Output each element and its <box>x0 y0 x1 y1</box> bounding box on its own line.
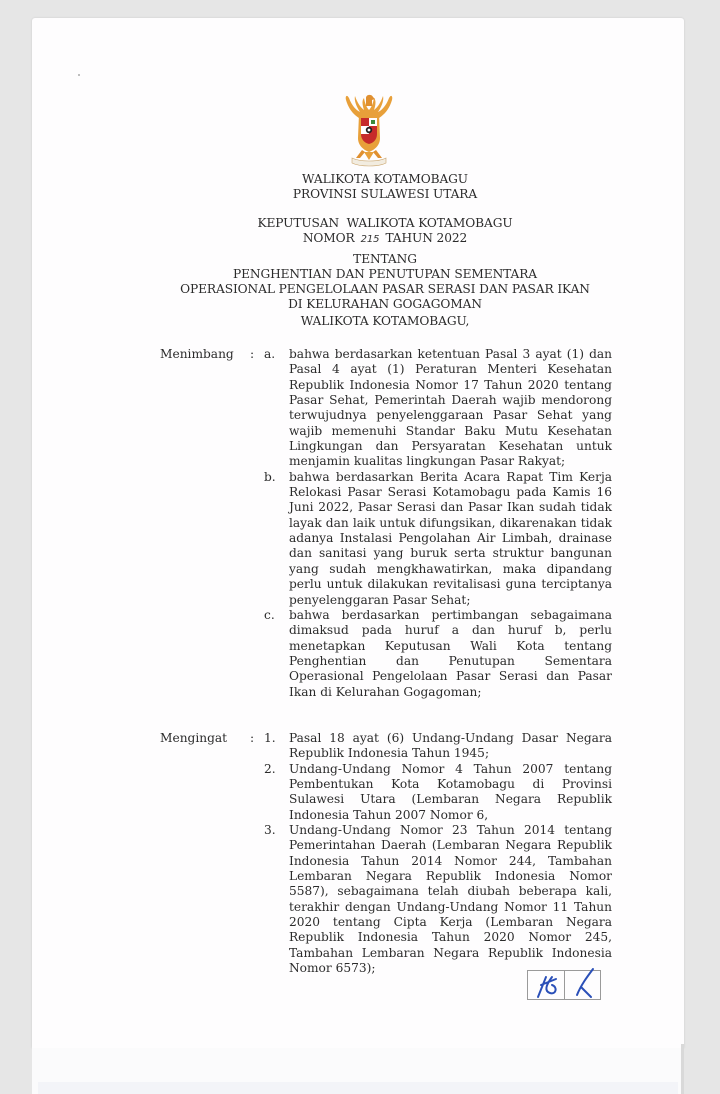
item-text: bahwa berdasarkan pertimbangan sebagaima… <box>289 608 612 700</box>
item-mark: 1. <box>264 731 289 762</box>
office-title: WALIKOTA KOTAMOBAGU <box>150 172 620 187</box>
legal-basis-item: 2. Undang-Undang Nomor 4 Tahun 2007 tent… <box>160 762 612 823</box>
section-label: Menimbang <box>160 347 250 470</box>
page-edge-shadow <box>681 1044 684 1094</box>
item-text: bahwa berdasarkan ketentuan Pasal 3 ayat… <box>289 347 612 470</box>
decree-title: KEPUTUSAN WALIKOTA KOTAMOBAGU <box>150 216 620 231</box>
mengingat-section: Mengingat : 1. Pasal 18 ayat (6) Undang-… <box>160 731 612 977</box>
item-mark: c. <box>264 608 289 700</box>
initials-cell <box>527 970 565 1000</box>
subject-line: OPERASIONAL PENGELOLAAN PASAR SERASI DAN… <box>150 282 620 297</box>
next-page-edge <box>32 1048 684 1094</box>
nomor-label: NOMOR <box>303 231 355 245</box>
item-mark: a. <box>264 347 289 470</box>
tentang-label: TENTANG <box>150 252 620 267</box>
section-colon: : <box>250 731 264 762</box>
issuer-line: WALIKOTA KOTAMOBAGU, <box>150 314 620 329</box>
paraf-initials-box <box>527 970 601 1000</box>
considerans-item: b. bahwa berdasarkan Berita Acara Rapat … <box>160 470 612 608</box>
decree-header: KEPUTUSAN WALIKOTA KOTAMOBAGU NOMOR215TA… <box>150 216 620 247</box>
item-mark: b. <box>264 470 289 608</box>
nomor-value: 215 <box>355 234 386 245</box>
item-text: Undang-Undang Nomor 4 Tahun 2007 tentang… <box>289 762 612 823</box>
considerans-item: Menimbang : a. bahwa berdasarkan ketentu… <box>160 347 612 470</box>
section-label: Mengingat <box>160 731 250 762</box>
item-text: Pasal 18 ayat (6) Undang-Undang Dasar Ne… <box>289 731 612 762</box>
item-mark: 3. <box>264 823 289 976</box>
subject-line: DI KELURAHAN GOGAGOMAN <box>150 297 620 312</box>
subject-header: TENTANG PENGHENTIAN DAN PENUTUPAN SEMENT… <box>150 252 620 312</box>
item-text: Undang-Undang Nomor 23 Tahun 2014 tentan… <box>289 823 612 976</box>
menimbang-section: Menimbang : a. bahwa berdasarkan ketentu… <box>160 347 612 700</box>
decree-number: NOMOR215TAHUN 2022 <box>150 231 620 247</box>
item-mark: 2. <box>264 762 289 823</box>
legal-basis-item: 3. Undang-Undang Nomor 23 Tahun 2014 ten… <box>160 823 612 976</box>
section-colon: : <box>250 347 264 470</box>
next-page-strip <box>38 1082 678 1094</box>
considerans-item: c. bahwa berdasarkan pertimbangan sebaga… <box>160 608 612 700</box>
legal-basis-item: Mengingat : 1. Pasal 18 ayat (6) Undang-… <box>160 731 612 762</box>
initials-signature-icon <box>565 963 602 1003</box>
initials-signature-icon <box>528 963 565 1003</box>
province-title: PROVINSI SULAWESI UTARA <box>150 187 620 202</box>
scan-speck <box>78 74 80 76</box>
garuda-pancasila-emblem-icon <box>342 92 396 168</box>
initials-cell <box>565 970 602 1000</box>
tahun-label: TAHUN 2022 <box>385 231 467 245</box>
subject-line: PENGHENTIAN DAN PENUTUPAN SEMENTARA <box>150 267 620 282</box>
item-text: bahwa berdasarkan Berita Acara Rapat Tim… <box>289 470 612 608</box>
issuer-header: WALIKOTA KOTAMOBAGU PROVINSI SULAWESI UT… <box>150 172 620 202</box>
